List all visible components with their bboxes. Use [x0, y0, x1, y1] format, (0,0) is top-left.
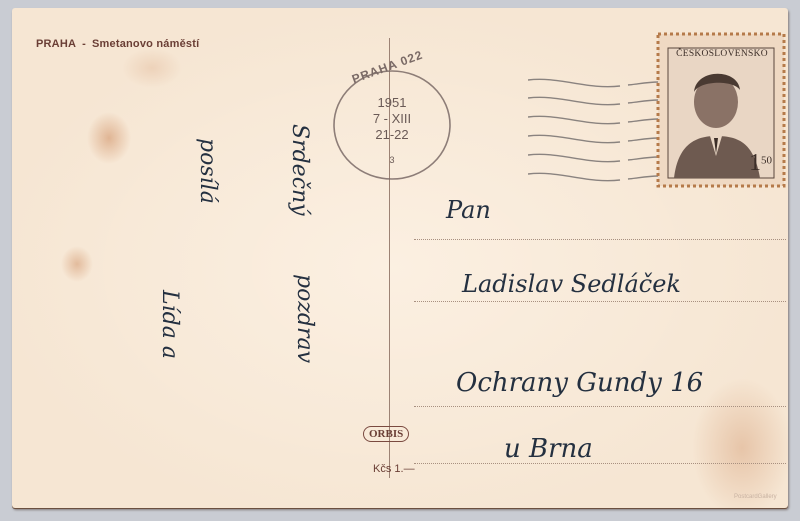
address-city: u Brna: [504, 434, 593, 464]
price-label: Kčs 1.—: [373, 463, 415, 475]
postmark-number: 3: [330, 155, 454, 165]
watermark: PostcardGallery: [734, 494, 777, 500]
caption-place: PRAHA: [36, 38, 76, 50]
postmark: PRAHA 022 1951 7 - XIII 21-22 3: [330, 67, 454, 183]
stamp-value-main: 1: [749, 150, 761, 176]
message-line-3: posílá: [195, 138, 220, 204]
postage-stamp: ČESKOSLOVENSKO 150: [656, 32, 786, 188]
postmark-date: 7 - XIII: [330, 111, 454, 126]
address-salutation: Pan: [446, 196, 491, 224]
stamp-country: ČESKOSLOVENSKO: [670, 49, 774, 59]
postmark-time: 21-22: [330, 127, 454, 142]
address-line-1: [414, 239, 786, 240]
caption-subject: Smetanovo náměstí: [92, 38, 199, 50]
message-line-2: pozdrav: [292, 274, 317, 363]
address-line-4: [414, 463, 786, 464]
postmark-year: 1951: [330, 95, 454, 110]
message-line-1: Srdečný: [287, 124, 312, 216]
address-line-3: [414, 406, 786, 407]
address-street: Ochrany Gundy 16: [456, 368, 703, 398]
postcard-back: PRAHA-Smetanovo náměstí ORBIS Kčs 1.— Sr…: [12, 8, 788, 508]
stamp-value-fraction: 50: [761, 155, 772, 167]
caption-separator: -: [82, 38, 86, 50]
stamp-value: 150: [749, 150, 772, 177]
cancellation-lines: [528, 74, 658, 184]
message-line-4: Lída a: [157, 290, 182, 359]
address-name: Ladislav Sedláček: [462, 270, 681, 298]
publisher-logo: ORBIS: [363, 426, 409, 442]
postcard-caption: PRAHA-Smetanovo náměstí: [36, 38, 199, 50]
address-line-2: [414, 301, 786, 302]
